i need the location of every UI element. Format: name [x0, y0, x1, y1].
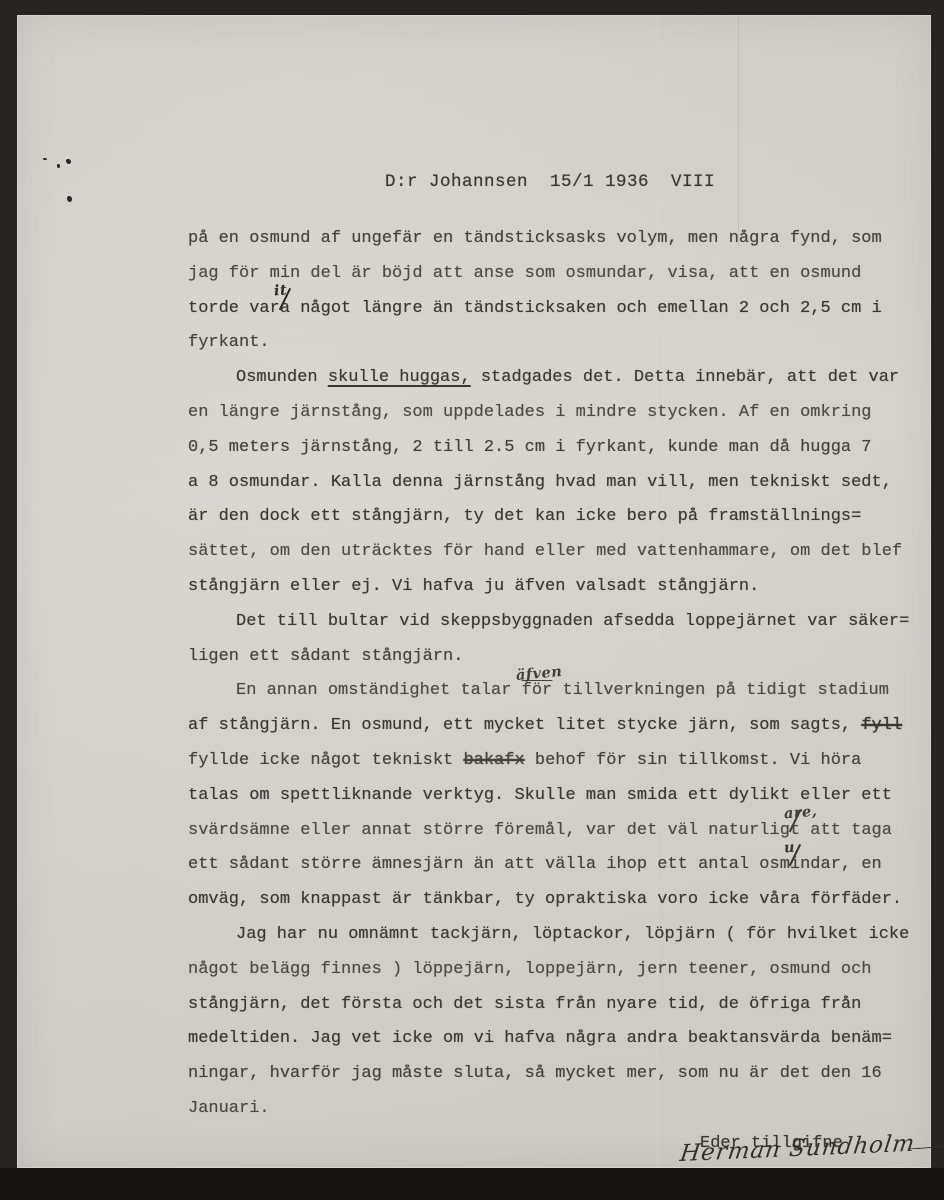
handwritten-insertion: u	[783, 840, 795, 855]
typed-text: Det till bultar vid skeppsbyggnaden afse…	[236, 612, 909, 631]
letter-line: af stångjärn. En osmund, ett mycket lite…	[188, 709, 928, 744]
typed-text: Osmunden	[236, 368, 328, 387]
typed-text: ett sådant större ämnesjärn än att välla…	[188, 855, 790, 874]
typed-text: af stångjärn. En osmund, ett mycket lite…	[188, 716, 861, 735]
typed-text: stångjärn eller ej. Vi hafva ju äfven va…	[188, 577, 759, 596]
letter-lines: på en osmund af ungefär en tändsticksask…	[188, 222, 928, 1127]
typed-text: 0,5 meters järnstång, 2 till 2.5 cm i fy…	[188, 438, 872, 457]
letter-line: är den dock ett stångjärn, ty det kan ic…	[188, 500, 928, 535]
typed-text: Januari.	[188, 1099, 270, 1118]
typed-text: sättet, om den uträcktes för hand eller …	[188, 542, 902, 561]
typed-text: omväg, som knappast är tänkbar, ty oprak…	[188, 890, 902, 909]
typed-text: Jag har nu omnämnt tackjärn, löptackor, …	[236, 925, 909, 944]
typed-text: ndar, en	[800, 855, 882, 874]
typed-text: behof för sin tillkomst. Vi höra	[525, 751, 862, 770]
letter-line: en längre järnstång, som uppdelades i mi…	[188, 396, 928, 431]
letter-heading: D:r Johannsen 15/1 1936 VIII	[385, 172, 715, 192]
letter-line: Osmunden skulle huggas, stadgades det. D…	[188, 361, 928, 396]
typed-text: talas om spettliknande verktyg. Skulle m…	[188, 786, 892, 805]
typed-text: skulle huggas,	[328, 368, 471, 387]
letter-line: jag för min del är böjd att anse som osm…	[188, 257, 928, 292]
corrected-word: iu	[790, 848, 800, 883]
typed-text: torde var	[188, 299, 280, 318]
typed-text: svärdsämne eller annat större föremål, v…	[188, 821, 790, 840]
ink-mark	[66, 159, 71, 164]
struck-text: fyll	[861, 716, 902, 735]
letter-line: Det till bultar vid skeppsbyggnaden afse…	[188, 605, 928, 640]
ink-mark	[43, 158, 47, 160]
letter-line: sättet, om den uträcktes för hand eller …	[188, 535, 928, 570]
letter-line: ett sådant större ämnesjärn än att välla…	[188, 848, 928, 883]
letter-line: stångjärn, det första och det sista från…	[188, 988, 928, 1023]
paper-crease	[738, 15, 739, 250]
typed-text: är den dock ett stångjärn, ty det kan ic…	[188, 507, 861, 526]
letter-line: svärdsämne eller annat större föremål, v…	[188, 814, 928, 849]
letter-line: En annan omständighet talar föräfven til…	[188, 674, 928, 709]
typed-text: ningar, hvarför jag måste sluta, så myck…	[188, 1064, 882, 1083]
typed-text: medeltiden. Jag vet icke om vi hafva någ…	[188, 1029, 892, 1048]
letter-line: fyrkant.	[188, 326, 928, 361]
letter-body: på en osmund af ungefär en tändsticksask…	[188, 222, 928, 1162]
handwritten-insertion: it	[273, 284, 287, 300]
corrected-word: föräfven	[522, 674, 553, 709]
scan-background: { "colors": { "background": "#262523", "…	[0, 0, 944, 1200]
letter-line: stångjärn eller ej. Vi hafva ju äfven va…	[188, 570, 928, 605]
typed-text: stångjärn, det första och det sista från…	[188, 995, 861, 1014]
typed-text: att taga	[800, 821, 892, 840]
letter-line: torde varait något längre än tändsticksa…	[188, 292, 928, 327]
typed-text: tillverkningen på tidigt stadium	[552, 681, 889, 700]
letter-line: fyllde icke något tekniskt bakafx behof …	[188, 744, 928, 779]
scan-bottom-border	[0, 1168, 944, 1200]
ink-mark	[67, 196, 72, 202]
typed-text: något belägg finnes ) löppejärn, loppejä…	[188, 960, 872, 979]
typed-text: en längre järnstång, som uppdelades i mi…	[188, 403, 872, 422]
letter-line: a 8 osmundar. Kalla denna järnstång hvad…	[188, 466, 928, 501]
handwritten-insertion: are,	[783, 805, 817, 822]
letter-line: ningar, hvarför jag måste sluta, så myck…	[188, 1057, 928, 1092]
typed-text: stadgades det. Detta innebär, att det va…	[471, 368, 899, 387]
corrected-word: ait	[280, 292, 290, 327]
letter-line: på en osmund af ungefär en tändsticksask…	[188, 222, 928, 257]
typed-text: jag för min del är böjd att anse som osm…	[188, 264, 861, 283]
letter-line: något belägg finnes ) löppejärn, loppejä…	[188, 953, 928, 988]
letter-line: 0,5 meters järnstång, 2 till 2.5 cm i fy…	[188, 431, 928, 466]
letter-line: medeltiden. Jag vet icke om vi hafva någ…	[188, 1022, 928, 1057]
typed-text: på en osmund af ungefär en tändsticksask…	[188, 229, 882, 248]
typed-text: något längre än tändsticksaken och emell…	[290, 299, 882, 318]
typed-text: fyrkant.	[188, 333, 270, 352]
typed-text: fyllde icke något tekniskt	[188, 751, 463, 770]
typed-text: för	[522, 681, 553, 700]
typed-text: ligen ett sådant stångjärn.	[188, 647, 463, 666]
typed-text: En annan omständighet talar	[236, 681, 522, 700]
struck-text: bakafx	[463, 751, 524, 770]
ink-mark	[57, 164, 60, 168]
letter-line: Januari.	[188, 1092, 928, 1127]
handwritten-insertion: äfven	[515, 665, 562, 683]
letter-line: omväg, som knappast är tänkbar, ty oprak…	[188, 883, 928, 918]
typed-text: a 8 osmundar. Kalla denna järnstång hvad…	[188, 473, 892, 492]
letter-line: Jag har nu omnämnt tackjärn, löptackor, …	[188, 918, 928, 953]
letter-sheet: D:r Johannsen 15/1 1936 VIII på en osmun…	[17, 15, 931, 1168]
